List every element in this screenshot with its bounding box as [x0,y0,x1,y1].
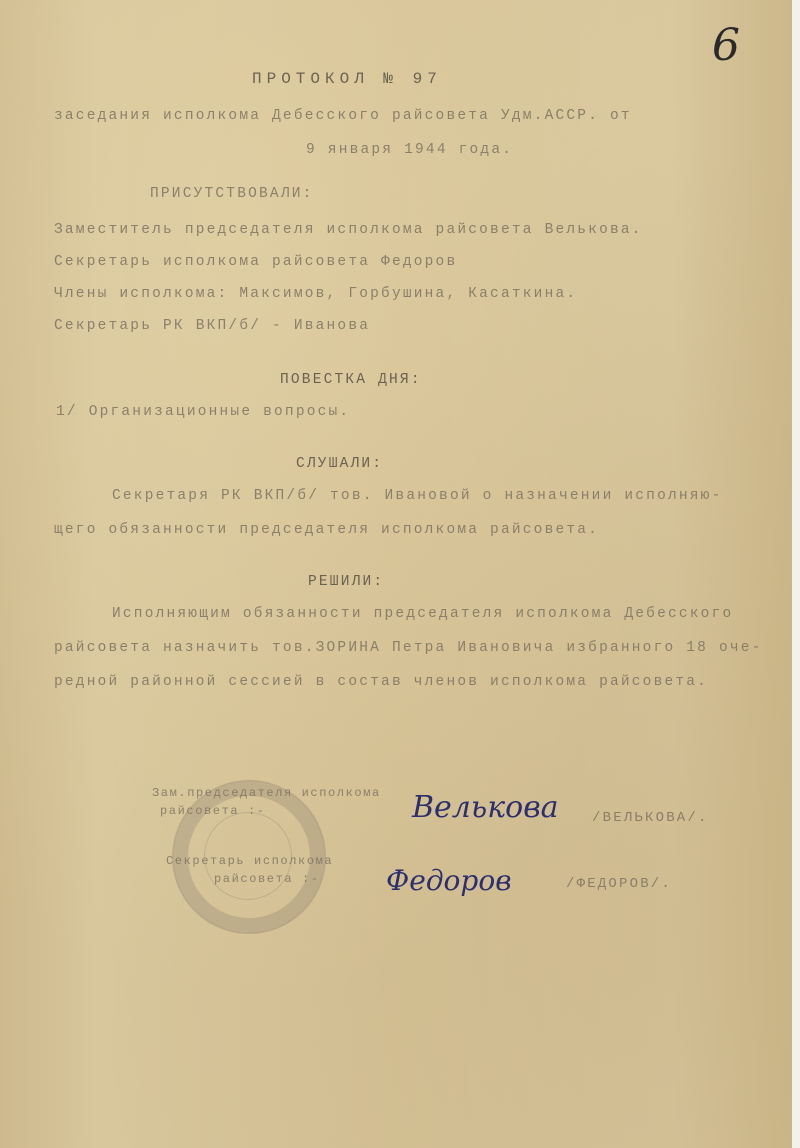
present-line: Секретарь РК ВКП/б/ - Иванова [54,318,370,334]
agenda-heading: ПОВЕСТКА ДНЯ: [280,372,422,388]
handwritten-page-number: 6 [712,20,740,71]
decided-line: райсовета назначить тов.ЗОРИНА Петра Ива… [54,640,763,656]
scan-edge [792,0,800,1148]
handwritten-signature: Велькова [412,790,559,825]
document-page: 6 ПРОТОКОЛ № 97 заседания исполкома Дебе… [0,0,792,1148]
present-heading: ПРИСУТСТВОВАЛИ: [150,186,314,202]
signatory-name: /ВЕЛЬКОВА/. [592,810,709,826]
document-subtitle-line2: 9 января 1944 года. [306,142,513,158]
heard-line: Секретаря РК ВКП/б/ тов. Ивановой о назн… [112,488,722,504]
decided-heading: РЕШИЛИ: [308,574,384,590]
document-title: ПРОТОКОЛ № 97 [252,70,442,88]
agenda-item: 1/ Организационные вопросы. [56,404,350,420]
decided-line: редной районной сессией в состав членов … [54,674,708,690]
signature-title: райсовета :- [214,872,320,886]
signature-title: Секретарь исполкома [166,854,333,868]
signatory-name: /ФЕДОРОВ/. [566,876,672,892]
signature-title: Зам.председателя исполкома [152,786,381,800]
signature-title: райсовета :- [160,804,266,818]
heard-line: щего обязанности председателя исполкома … [54,522,599,538]
document-subtitle-line1: заседания исполкома Дебесского райсовета… [54,108,632,124]
decided-line: Исполняющим обязанности председателя исп… [112,606,733,622]
handwritten-signature: Федоров [386,864,512,897]
present-line: Члены исполкома: Максимов, Горбушина, Ка… [54,286,577,302]
heard-heading: СЛУШАЛИ: [296,456,383,472]
present-line: Секретарь исполкома райсовета Федоров [54,254,457,270]
present-line: Заместитель председателя исполкома райсо… [54,222,643,238]
